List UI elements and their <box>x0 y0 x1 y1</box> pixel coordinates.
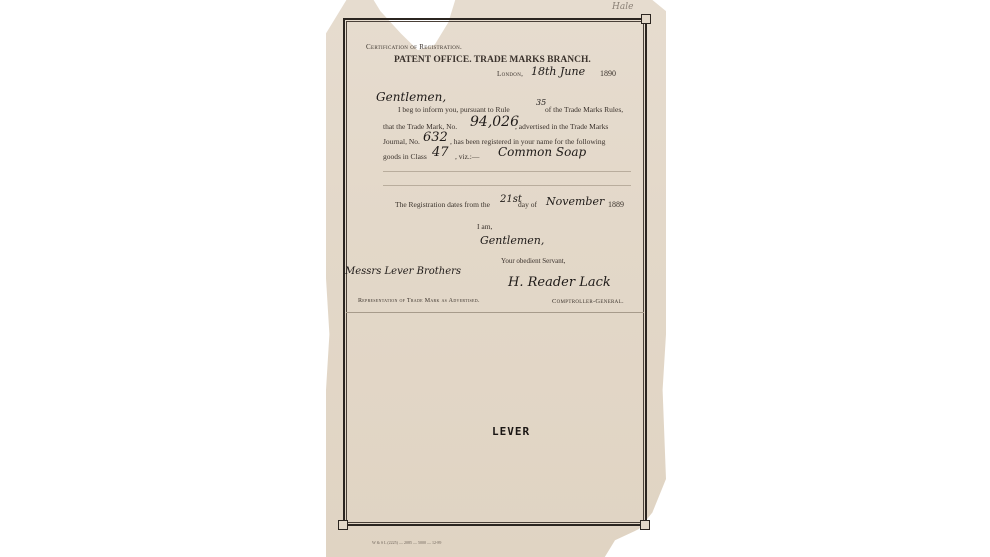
body-line-1-pre: I beg to inform you, pursuant to Rule <box>398 105 510 114</box>
registration-text-pre: The Registration dates from the <box>395 200 490 209</box>
corner-annotation: Hale <box>612 2 633 12</box>
addressee: Messrs Lever Brothers <box>345 266 461 277</box>
date-year: 1890 <box>600 69 616 78</box>
trade-mark-number: 94,026 <box>470 114 519 130</box>
corner-ornament-bottom-left <box>338 520 348 530</box>
class-number: 47 <box>432 145 449 160</box>
journal-number: 632 <box>423 130 448 145</box>
body-line-4-mid: , viz.:— <box>455 152 479 161</box>
registration-year: 1889 <box>608 200 624 209</box>
closing-obedient-servant: Your obedient Servant, <box>501 257 565 265</box>
right-caption: Comptroller-General. <box>552 298 624 305</box>
salutation: Gentlemen, <box>376 90 446 104</box>
section-divider <box>346 312 644 313</box>
closing-gentlemen: Gentlemen, <box>480 234 544 247</box>
body-line-2-post: , advertised in the Trade Marks <box>515 122 608 131</box>
header-caption: Certification of Registration. <box>366 43 462 51</box>
corner-ornament-bottom-right <box>640 520 650 530</box>
registration-month: November <box>546 195 604 208</box>
office-title: PATENT OFFICE. TRADE MARKS BRANCH. <box>394 55 591 65</box>
place: London, <box>497 70 523 78</box>
trade-mark-stamp: LEVER <box>492 425 530 438</box>
body-line-1-post: of the Trade Marks Rules, <box>545 105 623 114</box>
printer-mark: W & S L (2225) — 2085 — 5000 — 12-89 <box>372 540 441 545</box>
registration-text-mid: day of <box>518 200 537 209</box>
closing-i-am: I am, <box>477 222 492 231</box>
signature: H. Reader Lack <box>508 275 611 290</box>
blank-line-2 <box>383 185 631 186</box>
goods-description: Common Soap <box>498 145 586 159</box>
blank-line-1 <box>383 171 631 172</box>
date-day: 18th June <box>531 65 585 78</box>
body-line-3-pre: Journal, No. <box>383 137 420 146</box>
corner-ornament-top-right <box>641 14 651 24</box>
left-caption: Representation of Trade Mark as Advertis… <box>358 298 480 304</box>
body-line-4-pre: goods in Class <box>383 152 427 161</box>
